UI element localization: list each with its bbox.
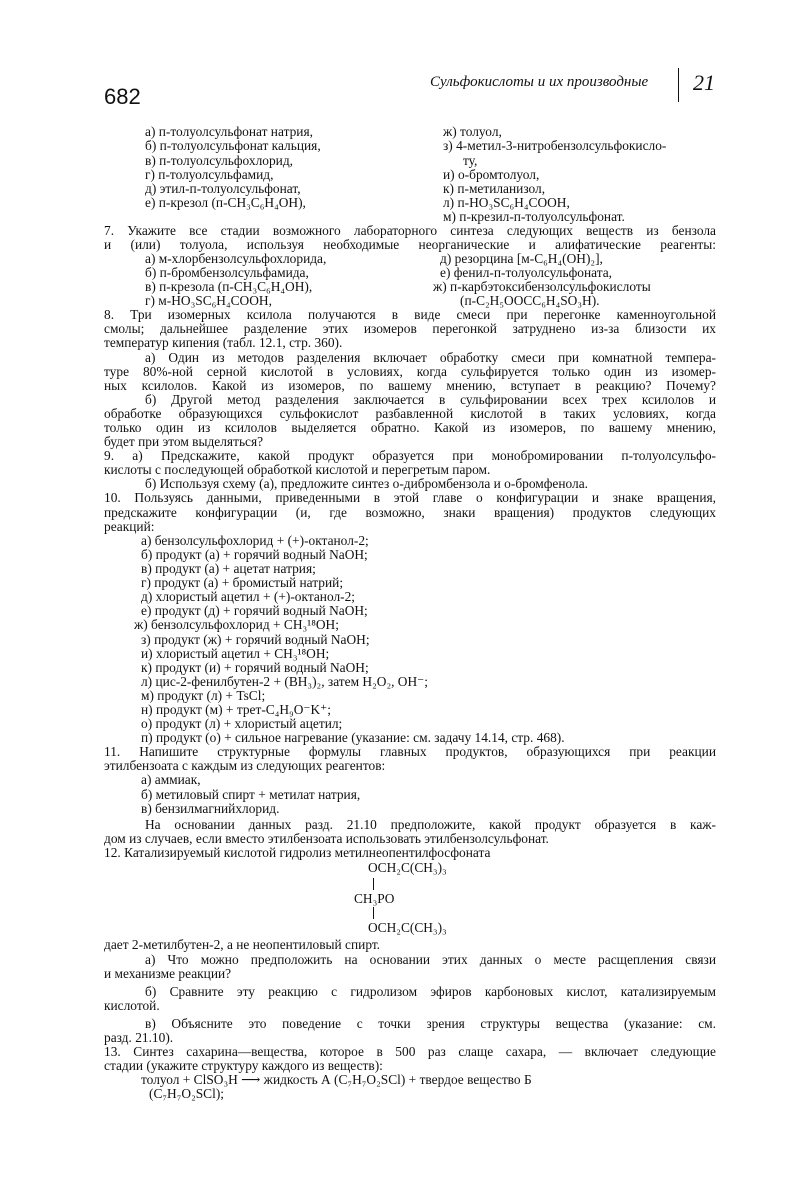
text-line: к) п-метиланизол, [443,181,545,196]
text-line: а) Что можно предположить на основании э… [104,952,716,967]
text-line: 7. Укажите все стадии возможного лаборат… [104,223,716,238]
text-line: смолы; дальнейшее разделение этих изомер… [104,321,716,336]
text-line: (п-C₂H₅OOCC₆H₄SO₃H). [460,293,600,308]
text-line: 10. Пользуясь данными, приведенными в эт… [104,490,716,505]
text-line: в) бензилмагнийхлорид. [141,801,279,816]
structure-top: OCH₂C(CH₃)₃ [368,860,447,876]
text-line: е) п-крезол (п-CH₃C₆H₄OH), [145,195,306,210]
text-line: д) этил-п-толуолсульфонат, [145,181,301,196]
text-line: а) аммиак, [141,772,201,787]
text-line: только один из ксилолов выделяется обрат… [104,420,716,435]
text-line: п) продукт (о) + сильное нагревание (ука… [141,730,565,745]
text-line: (C₇H₇O₂SCl); [149,1086,224,1101]
text-line: разд. 21.10). [104,1030,173,1045]
text-line: кислотой. [104,998,160,1013]
text-line: реакций: [104,519,154,534]
text-line: а) п-толуолсульфонат натрия, [145,124,313,139]
text-line: в) Объясните это поведение с точки зрени… [104,1016,716,1031]
chapter-number: 21 [693,70,715,96]
text-line: б) п-толуолсульфонат кальция, [145,138,321,153]
text-line: к) продукт (и) + горячий водный NaOH; [141,660,369,675]
text-line: з) продукт (ж) + горячий водный NaOH; [141,632,370,647]
text-line: этилбензоата с каждым из следующих реаге… [104,758,385,773]
text-line: и) о-бромтолуол, [443,167,539,182]
text-line: л) цис-2-фенилбутен-2 + (BH₃)₂, затем H₂… [141,674,428,689]
text-line: обработке образующихся сульфокислот разб… [104,406,716,421]
text-line: 9. а) Предскажите, какой продукт образуе… [104,448,716,463]
text-line: и механизме реакции? [104,966,231,981]
text-line: кислоты с последующей обработкой кислото… [104,462,490,477]
text-line: г) продукт (а) + бромистый натрий; [141,575,343,590]
text-line: 12. Катализируемый кислотой гидролиз мет… [104,845,490,860]
text-line: дает 2-метилбутен-2, а не неопентиловый … [104,937,380,952]
text-line: б) п-бромбензолсульфамида, [145,265,309,280]
text-line: в) продукт (а) + ацетат натрия; [141,561,316,576]
text-line: дом из случаев, если вместо этилбензоата… [104,831,549,846]
text-line: д) резорцина [м-C₆H₄(OH)₂], [440,251,603,266]
text-line: и) хлористый ацетил + CH₃¹⁸OH; [141,646,329,661]
text-line: будет при этом выделяться? [104,434,263,449]
text-line: н) продукт (м) + трет-C₄H₉O⁻K⁺; [141,702,331,717]
structure-middle: CH₃PO [354,891,394,907]
text-line: а) Один из методов разделения включает о… [104,350,716,365]
text-line: толуол + ClSO₃H ⟶ жидкость А (C₇H₇O₂SCl)… [141,1072,532,1087]
structure-bottom: OCH₂C(CH₃)₃ [368,920,447,936]
text-line: 8. Три изомерных ксилола получаются в ви… [104,307,716,322]
text-line: ных ксилолов. Какой из изомеров, по ваше… [104,378,716,393]
text-line: и (или) толуола, используя необходимые н… [104,237,716,252]
text-line: е) продукт (д) + горячий водный NaOH; [141,603,368,618]
text-line: ж) бензолсульфохлорид + CH₃¹⁸OH; [134,617,339,632]
text-line: г) п-толуолсульфамид, [145,167,273,182]
text-line: б) Другой метод разделения заключается в… [104,392,716,407]
text-line: л) п-HO₃SC₆H₄COOH, [443,195,570,210]
text-line: з) 4-метил-3-нитробензолсульфокисло- [443,138,666,153]
text-line: температур кипения (табл. 12.1, стр. 360… [104,335,342,350]
text-line: в) п-крезола (п-CH₃C₆H₄OH), [145,279,312,294]
text-line: ж) толуол, [443,124,502,139]
text-line: ж) п-карбэтоксибензолсульфокислоты [433,279,651,294]
text-line: д) хлористый ацетил + (+)-октанол-2; [141,589,355,604]
text-line: б) продукт (а) + горячий водный NaOH; [141,547,368,562]
text-line: туре 80%-ной серной кислотой в условиях,… [104,364,716,379]
text-line: б) Используя схему (а), предложите синте… [145,476,588,491]
running-title: Сульфокислоты и их производные [430,74,648,91]
text-line: 13. Синтез сахарина—вещества, которое в … [104,1044,716,1059]
text-line: м) п-крезил-п-толуолсульфонат. [443,209,625,224]
text-line: а) м-хлорбензолсульфохлорида, [145,251,326,266]
text-line: 11. Напишите структурные формулы главных… [104,744,716,759]
page-number: 682 [104,84,141,110]
text-line: На основании данных разд. 21.10 предполо… [104,817,716,832]
text-line: предскажите конфигурации (и, где возможн… [104,505,716,520]
text-line: б) Сравните эту реакцию с гидролизом эфи… [104,984,716,999]
structure-bond-bottom [373,907,374,919]
text-line: е) фенил-п-толуолсульфоната, [440,265,612,280]
structure-bond-top [373,878,374,890]
text-line: стадии (укажите структуру каждого из вещ… [104,1058,383,1073]
text-line: а) бензолсульфохлорид + (+)-октанол-2; [141,533,369,548]
text-line: о) продукт (л) + хлористый ацетил; [141,716,342,731]
text-line: ту, [463,153,477,168]
text-line: в) п-толуолсульфохлорид, [145,153,293,168]
text-line: г) м-HO₃SC₆H₄COOH, [145,293,272,308]
header-divider [678,68,679,102]
text-line: м) продукт (л) + TsCl; [141,688,265,703]
text-line: б) метиловый спирт + метилат натрия, [141,787,360,802]
